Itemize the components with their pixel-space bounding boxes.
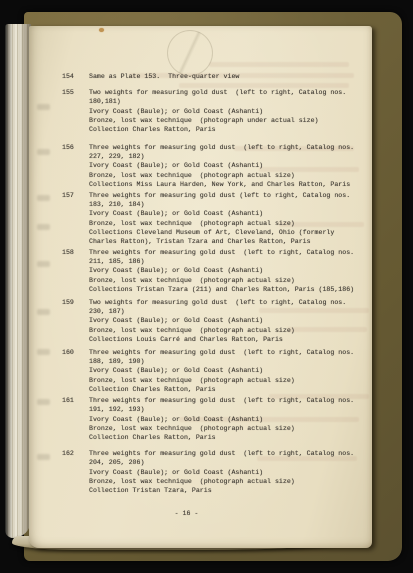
bleed-through-smudge — [37, 454, 50, 460]
catalog-entry: 160Three weights for measuring gold dust… — [62, 348, 354, 395]
entry-line: Three weights for measuring gold dust (l… — [89, 191, 350, 200]
entry-line: Ivory Coast (Baule); or Gold Coast (Asha… — [89, 316, 346, 325]
entry-number: 157 — [62, 191, 89, 200]
page-stack-edges — [5, 24, 31, 538]
entry-line: Three weights for measuring gold dust (l… — [89, 248, 354, 257]
catalog-entry: 157Three weights for measuring gold dust… — [62, 191, 350, 247]
catalog-entry: 155Two weights for measuring gold dust (… — [62, 88, 346, 135]
entry-line: Three weights for measuring gold dust (l… — [89, 449, 354, 458]
entry-lines: Three weights for measuring gold dust (l… — [89, 348, 354, 395]
entry-line: Three weights for measuring gold dust (l… — [89, 348, 354, 357]
catalog-entry: 162Three weights for measuring gold dust… — [62, 449, 354, 496]
entry-line: Ivory Coast (Baule); or Gold Coast (Asha… — [89, 107, 346, 116]
entry-number: 155 — [62, 88, 89, 97]
entry-line: 204, 205, 206) — [89, 458, 354, 467]
entry-lines: Three weights for measuring gold dust (l… — [89, 191, 350, 247]
bleed-through-smudge — [209, 62, 349, 67]
entry-line: Collection Charles Ratton, Paris — [89, 433, 354, 442]
entry-line: Three weights for measuring gold dust (l… — [89, 396, 354, 405]
entry-line: Ivory Coast (Baule); or Gold Coast (Asha… — [89, 209, 350, 218]
entry-line: Two weights for measuring gold dust (lef… — [89, 88, 346, 97]
entry-line: Charles Ratton), Tristan Tzara and Charl… — [89, 237, 350, 246]
entry-lines: Three weights for measuring gold dust (l… — [89, 143, 354, 190]
bleed-through-smudge — [37, 399, 50, 405]
entry-line: 227, 229, 182) — [89, 152, 354, 161]
entry-line: 183, 210, 184) — [89, 200, 350, 209]
entry-line: Two weights for measuring gold dust (lef… — [89, 298, 346, 307]
entry-line: Bronze, lost wax technique (photograph a… — [89, 326, 346, 335]
entry-line: Collection Charles Ratton, Paris — [89, 125, 346, 134]
entry-line: Ivory Coast (Baule); or Gold Coast (Asha… — [89, 415, 354, 424]
catalog-entry: 158Three weights for measuring gold dust… — [62, 248, 354, 295]
document-page: 154Same as Plate 153. Three-quarter view… — [29, 26, 372, 548]
entry-number: 156 — [62, 143, 89, 152]
entry-line: Bronze, lost wax technique (photograph a… — [89, 276, 354, 285]
catalog-entry: 156Three weights for measuring gold dust… — [62, 143, 354, 190]
catalog-entry: 161Three weights for measuring gold dust… — [62, 396, 354, 443]
bleed-through-smudge — [37, 261, 50, 267]
entry-line: 180,181) — [89, 97, 346, 106]
entry-line: 191, 192, 193) — [89, 405, 354, 414]
catalog-entry: 159Two weights for measuring gold dust (… — [62, 298, 346, 345]
entry-line: Ivory Coast (Baule); or Gold Coast (Asha… — [89, 161, 354, 170]
catalog-entry: 154Same as Plate 153. Three-quarter view — [62, 72, 239, 81]
page-number: - 16 - — [129, 509, 244, 518]
entry-line: Ivory Coast (Baule); or Gold Coast (Asha… — [89, 366, 354, 375]
entry-line: Bronze, lost wax technique (photograph a… — [89, 171, 354, 180]
entry-lines: Two weights for measuring gold dust (lef… — [89, 298, 346, 345]
entry-lines: Same as Plate 153. Three-quarter view — [89, 72, 239, 81]
entry-lines: Three weights for measuring gold dust (l… — [89, 248, 354, 295]
entry-number: 162 — [62, 449, 89, 458]
scanned-book-photo: 154Same as Plate 153. Three-quarter view… — [0, 0, 413, 573]
entry-line: Collections Cleveland Museum of Art, Cle… — [89, 228, 350, 237]
entry-line: Collections Tristan Tzara (211) and Char… — [89, 285, 354, 294]
entry-line: 188, 189, 190) — [89, 357, 354, 366]
entry-line: Ivory Coast (Baule); or Gold Coast (Asha… — [89, 468, 354, 477]
entry-number: 159 — [62, 298, 89, 307]
bleed-through-smudge — [37, 309, 50, 315]
entry-line: 211, 185, 186) — [89, 257, 354, 266]
entry-line: 230, 187) — [89, 307, 346, 316]
foxing-spot — [99, 28, 104, 32]
entry-line: Collection Charles Ratton, Paris — [89, 385, 354, 394]
entry-number: 160 — [62, 348, 89, 357]
entry-line: Bronze, lost wax technique (photograph a… — [89, 477, 354, 486]
entry-number: 154 — [62, 72, 89, 81]
bleed-through-smudge — [37, 195, 50, 201]
entry-line: Same as Plate 153. Three-quarter view — [89, 72, 239, 81]
entry-lines: Three weights for measuring gold dust (l… — [89, 449, 354, 496]
entry-lines: Three weights for measuring gold dust (l… — [89, 396, 354, 443]
entry-line: Collections Miss Laura Harden, New York,… — [89, 180, 354, 189]
entry-line: Three weights for measuring gold dust (l… — [89, 143, 354, 152]
bleed-through-smudge — [37, 149, 50, 155]
entry-line: Collections Louis Carré and Charles Ratt… — [89, 335, 346, 344]
entry-line: Bronze, lost wax technique (photograph a… — [89, 376, 354, 385]
entry-line: Collection Tristan Tzara, Paris — [89, 486, 354, 495]
entry-lines: Two weights for measuring gold dust (lef… — [89, 88, 346, 135]
bleed-through-smudge — [37, 349, 50, 355]
entry-line: Bronze, lost wax technique (photograph u… — [89, 116, 346, 125]
entry-number: 161 — [62, 396, 89, 405]
bleed-through-smudge — [37, 224, 50, 230]
bleed-through-smudge — [37, 104, 50, 110]
entry-line: Bronze, lost wax technique (photograph a… — [89, 219, 350, 228]
embossed-watermark-circle — [167, 30, 213, 76]
entry-line: Ivory Coast (Baule); or Gold Coast (Asha… — [89, 266, 354, 275]
entry-number: 158 — [62, 248, 89, 257]
entry-line: Bronze, lost wax technique (photograph a… — [89, 424, 354, 433]
